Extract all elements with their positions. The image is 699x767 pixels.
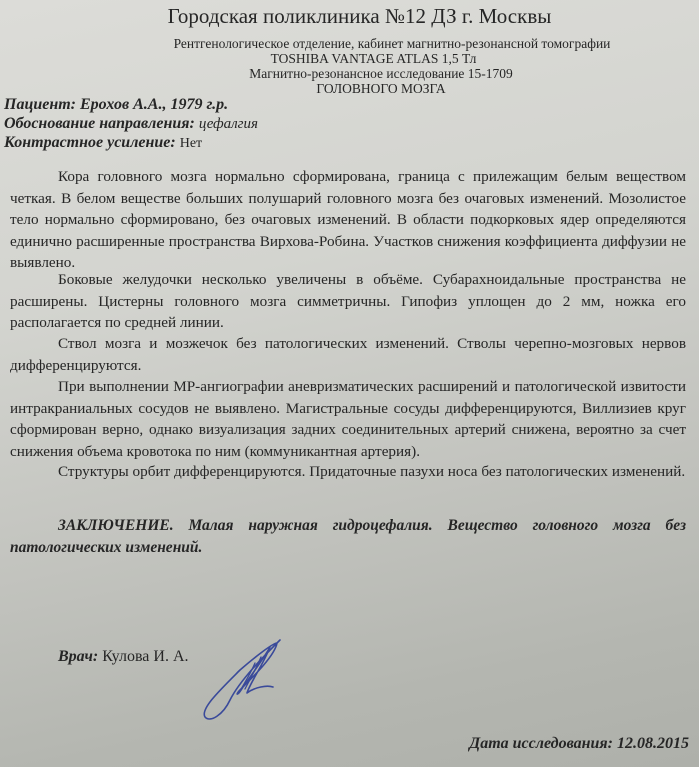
signature-icon <box>195 635 290 725</box>
paragraph-text: При выполнении МР-ангиографии аневризмат… <box>10 376 686 462</box>
study-line: Магнитно-резонансное исследование 15-170… <box>0 66 699 82</box>
contrast-value: Нет <box>180 136 202 151</box>
department-line: Рентгенологическое отделение, кабинет ма… <box>0 36 699 52</box>
findings-paragraph-2: Боковые желудочки несколько увеличены в … <box>10 269 686 334</box>
doctor-line: Врач: Кулова И. А. <box>58 648 189 666</box>
findings-paragraph-3: Ствол мозга и мозжечок без патологически… <box>10 333 686 376</box>
equipment-line: TOSHIBA VANTAGE ATLAS 1,5 Тл <box>0 51 699 67</box>
referral-value: цефалгия <box>199 116 258 132</box>
conclusion-text: ЗАКЛЮЧЕНИЕ. Малая наружная гидроцефалия.… <box>10 515 686 559</box>
study-date-value: 12.08.2015 <box>617 735 689 752</box>
clinic-title: Городская поликлиника №12 ДЗ г. Москвы <box>0 4 699 29</box>
patient-value: Ерохов А.А., 1979 г.р. <box>80 96 228 113</box>
paragraph-text: Боковые желудочки несколько увеличены в … <box>10 269 686 334</box>
patient-line: Пациент: Ерохов А.А., 1979 г.р. <box>4 96 228 114</box>
referral-label: Обоснование направления: <box>4 115 195 132</box>
study-subject: ГОЛОВНОГО МОЗГА <box>0 81 699 97</box>
paragraph-text: Ствол мозга и мозжечок без патологически… <box>10 333 686 376</box>
paragraph-text: Кора головного мозга нормально сформиров… <box>10 166 686 274</box>
contrast-line: Контрастное усиление: Нет <box>4 134 202 152</box>
doctor-label: Врач: <box>58 648 98 665</box>
contrast-label: Контрастное усиление: <box>4 134 176 151</box>
findings-paragraph-1: Кора головного мозга нормально сформиров… <box>10 166 686 274</box>
study-date-label: Дата исследования: <box>469 735 613 752</box>
study-date-line: Дата исследования: 12.08.2015 <box>469 735 689 753</box>
findings-paragraph-5: Структуры орбит дифференцируются. Придат… <box>10 461 686 483</box>
referral-line: Обоснование направления: цефалгия <box>4 115 258 133</box>
findings-paragraph-4: При выполнении МР-ангиографии аневризмат… <box>10 376 686 462</box>
conclusion: ЗАКЛЮЧЕНИЕ. Малая наружная гидроцефалия.… <box>10 515 686 559</box>
patient-label: Пациент: <box>4 96 76 113</box>
doctor-name: Кулова И. А. <box>102 648 188 665</box>
paragraph-text: Структуры орбит дифференцируются. Придат… <box>10 461 686 483</box>
